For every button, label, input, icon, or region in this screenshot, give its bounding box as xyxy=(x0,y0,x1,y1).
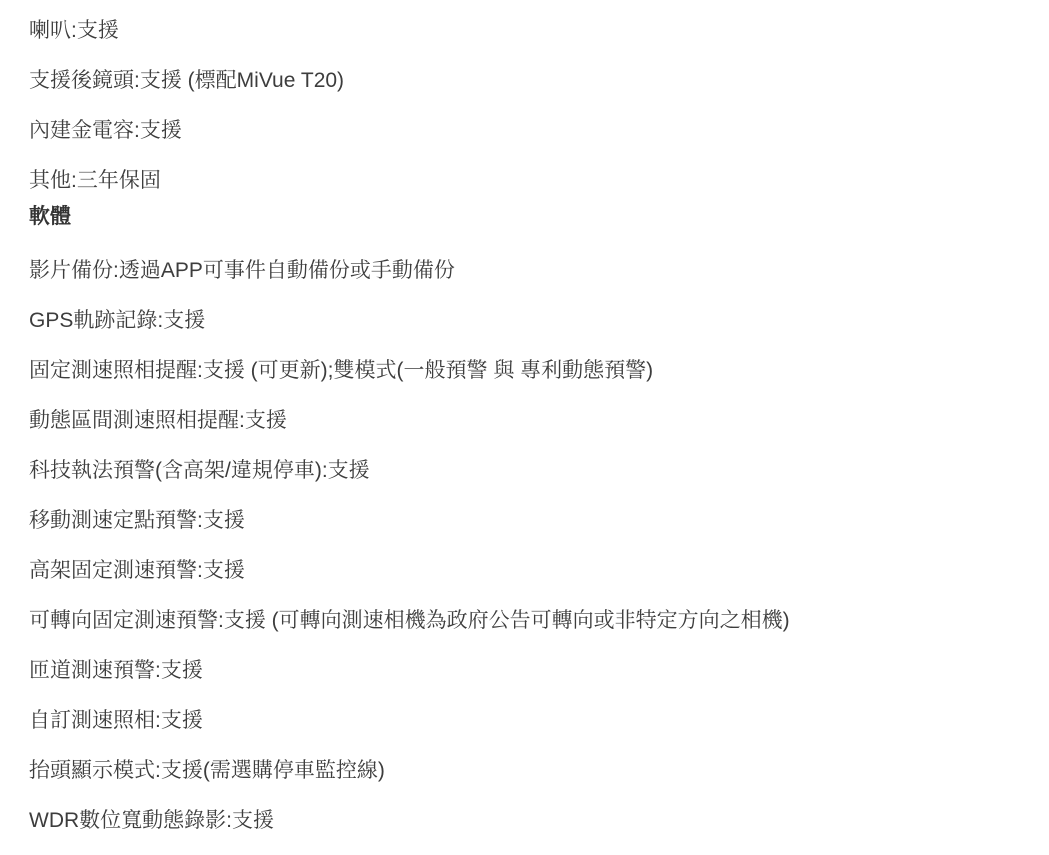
spec-value: 支援 xyxy=(203,509,245,532)
spec-value: 三年保固 xyxy=(77,169,161,192)
spec-value: 支援 (可更新);雙模式(一般預警 與 專利動態預警) xyxy=(203,359,653,382)
spec-label: 其他 xyxy=(29,169,71,192)
spec-label: 影片備份 xyxy=(29,259,113,282)
spec-sheet: 喇叭:支援 支援後鏡頭:支援 (標配MiVue T20) 內建金電容:支援 其他… xyxy=(0,0,1049,836)
spec-label: GPS軌跡記錄 xyxy=(29,309,157,332)
spec-value: 支援(需選購停車監控線) xyxy=(161,759,385,782)
spec-row: 動態區間測速照相提醒:支援 xyxy=(29,406,1029,436)
spec-label: 動態區間測速照相提醒 xyxy=(29,409,239,432)
spec-value: 支援 xyxy=(161,709,203,732)
spec-label: 高架固定測速預警 xyxy=(29,559,197,582)
spec-value: 支援 xyxy=(77,19,119,42)
spec-value: 支援 xyxy=(163,309,205,332)
spec-label: 喇叭 xyxy=(29,19,71,42)
section-heading-software: 軟體 xyxy=(29,202,1029,232)
spec-row: 抬頭顯示模式:支援(需選購停車監控線) xyxy=(29,756,1029,786)
spec-label: WDR數位寬動態錄影 xyxy=(29,809,226,832)
spec-value: 支援 xyxy=(232,809,274,832)
spec-label: 抬頭顯示模式 xyxy=(29,759,155,782)
spec-row: 移動測速定點預警:支援 xyxy=(29,506,1029,536)
spec-label: 內建金電容 xyxy=(29,119,134,142)
spec-label: 可轉向固定測速預警 xyxy=(29,609,218,632)
spec-row: 喇叭:支援 xyxy=(29,16,1029,46)
spec-row: 科技執法預警(含高架/違規停車):支援 xyxy=(29,456,1029,486)
spec-value: 透過APP可事件自動備份或手動備份 xyxy=(119,259,455,282)
spec-row: GPS軌跡記錄:支援 xyxy=(29,306,1029,336)
spec-row: 影片備份:透過APP可事件自動備份或手動備份 xyxy=(29,256,1029,286)
spec-row: 可轉向固定測速預警:支援 (可轉向測速相機為政府公告可轉向或非特定方向之相機) xyxy=(29,606,1029,636)
spec-value: 支援 xyxy=(328,459,370,482)
spec-label: 科技執法預警(含高架/違規停車) xyxy=(29,459,322,482)
spec-value: 支援 xyxy=(161,659,203,682)
spec-label: 自訂測速照相 xyxy=(29,709,155,732)
spec-row: 支援後鏡頭:支援 (標配MiVue T20) xyxy=(29,66,1029,96)
spec-value: 支援 xyxy=(203,559,245,582)
spec-value: 支援 (可轉向測速相機為政府公告可轉向或非特定方向之相機) xyxy=(224,609,790,632)
spec-label: 固定測速照相提醒 xyxy=(29,359,197,382)
spec-row: 自訂測速照相:支援 xyxy=(29,706,1029,736)
spec-row: 匝道測速預警:支援 xyxy=(29,656,1029,686)
spec-value: 支援 xyxy=(140,119,182,142)
spec-value: 支援 (標配MiVue T20) xyxy=(140,69,344,92)
spec-row: 高架固定測速預警:支援 xyxy=(29,556,1029,586)
spec-row: 固定測速照相提醒:支援 (可更新);雙模式(一般預警 與 專利動態預警) xyxy=(29,356,1029,386)
spec-label: 移動測速定點預警 xyxy=(29,509,197,532)
spec-row: WDR數位寬動態錄影:支援 xyxy=(29,806,1029,836)
spec-row: 內建金電容:支援 xyxy=(29,116,1029,146)
spec-label: 支援後鏡頭 xyxy=(29,69,134,92)
spec-value: 支援 xyxy=(245,409,287,432)
spec-row: 其他:三年保固 xyxy=(29,166,1029,196)
spec-label: 匝道測速預警 xyxy=(29,659,155,682)
